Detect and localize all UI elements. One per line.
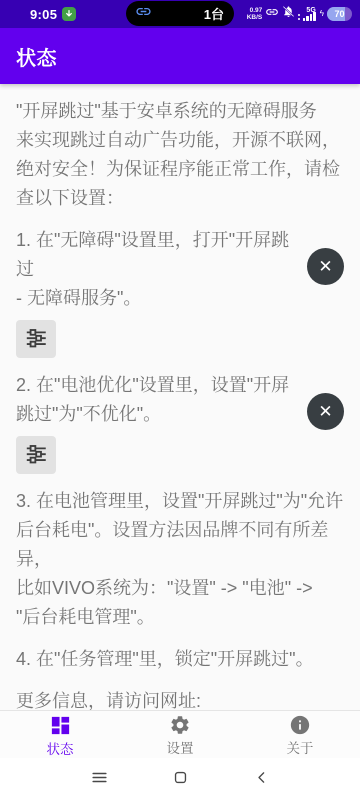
battery-indicator: 70 bbox=[327, 7, 352, 21]
back-button[interactable] bbox=[251, 769, 271, 789]
close-icon: ✕ bbox=[318, 403, 332, 420]
checklist-item-text: 1. 在"无障碍"设置里，打开"开屏跳过 - 无障碍服务"。 bbox=[16, 226, 344, 313]
dashboard-icon bbox=[49, 714, 72, 737]
home-button[interactable] bbox=[170, 769, 190, 789]
open-battery-settings-button[interactable] bbox=[16, 436, 56, 474]
device-link-pill[interactable]: 1台 bbox=[126, 1, 234, 26]
battery-percent: 70 bbox=[334, 9, 344, 19]
intro-text: "开屏跳过"基于安卓系统的无障碍服务 来实现跳过自动广告功能，开源不联网， 绝对… bbox=[16, 97, 344, 213]
network-speed-value: 0.97 bbox=[250, 7, 263, 15]
checklist-item-task-lock: 4. 在"任务管理"里，锁定"开屏跳过"。 bbox=[16, 645, 344, 674]
tab-label: 状态 bbox=[47, 738, 74, 758]
network-speed: 0.97 KB/S bbox=[247, 7, 263, 22]
more-info-text: 更多信息，请访问网址: bbox=[16, 687, 344, 710]
info-icon bbox=[289, 714, 311, 736]
download-arrow-icon bbox=[62, 7, 76, 21]
home-square-icon bbox=[172, 769, 189, 789]
clock: 9:05 bbox=[30, 7, 57, 22]
gear-icon bbox=[169, 714, 191, 736]
status-bar-right: 0.97 KB/S 5G ϟ bbox=[247, 5, 352, 24]
tab-settings[interactable]: 设置 bbox=[120, 711, 240, 758]
open-accessibility-settings-button[interactable] bbox=[16, 320, 56, 358]
signal-icon: 5G bbox=[298, 8, 316, 21]
link-icon bbox=[135, 3, 152, 25]
network-type-label: 5G bbox=[306, 7, 315, 14]
app-bar: 状态 bbox=[0, 28, 360, 84]
menu-icon bbox=[90, 768, 109, 790]
bottom-nav: 状态 设置 关于 bbox=[0, 710, 360, 758]
sliders-icon bbox=[23, 441, 49, 470]
checklist-item-accessibility: 1. 在"无障碍"设置里，打开"开屏跳过 - 无障碍服务"。 ✕ bbox=[16, 226, 344, 358]
link-icon bbox=[265, 5, 279, 24]
status-bar: 9:05 1台 0.97 KB/S bbox=[0, 0, 360, 28]
device-count: 1台 bbox=[204, 4, 224, 23]
checklist-item-battery-management: 3. 在电池管理里，设置"开屏跳过"为"允许 后台耗电"。设置方法因品牌不同有所… bbox=[16, 487, 344, 632]
content-area: "开屏跳过"基于安卓系统的无障碍服务 来实现跳过自动广告功能，开源不联网， 绝对… bbox=[0, 84, 360, 710]
status-bar-left: 9:05 bbox=[8, 7, 76, 22]
sliders-icon bbox=[23, 325, 49, 354]
android-nav-bar bbox=[0, 758, 360, 800]
tab-about[interactable]: 关于 bbox=[240, 711, 360, 758]
sim1-no-signal-icon bbox=[298, 14, 300, 20]
tab-label: 关于 bbox=[287, 737, 314, 757]
charging-icon: ϟ bbox=[320, 10, 324, 18]
dismiss-button[interactable]: ✕ bbox=[307, 248, 344, 285]
checklist-item-battery-optimization: 2. 在"电池优化"设置里，设置"开屏 跳过"为"不优化"。 ✕ bbox=[16, 371, 344, 474]
phone-screen: 9:05 1台 0.97 KB/S bbox=[0, 0, 360, 800]
checklist-item-text: 2. 在"电池优化"设置里，设置"开屏 跳过"为"不优化"。 bbox=[16, 371, 344, 429]
tab-label: 设置 bbox=[167, 737, 194, 757]
page-title: 状态 bbox=[16, 42, 57, 71]
close-icon: ✕ bbox=[318, 258, 332, 275]
network-speed-unit: KB/S bbox=[247, 14, 263, 22]
back-chevron-icon bbox=[253, 769, 270, 789]
dismiss-button[interactable]: ✕ bbox=[307, 393, 344, 430]
notifications-muted-icon bbox=[282, 5, 295, 23]
recents-button[interactable] bbox=[89, 769, 109, 789]
tab-status[interactable]: 状态 bbox=[0, 711, 120, 758]
